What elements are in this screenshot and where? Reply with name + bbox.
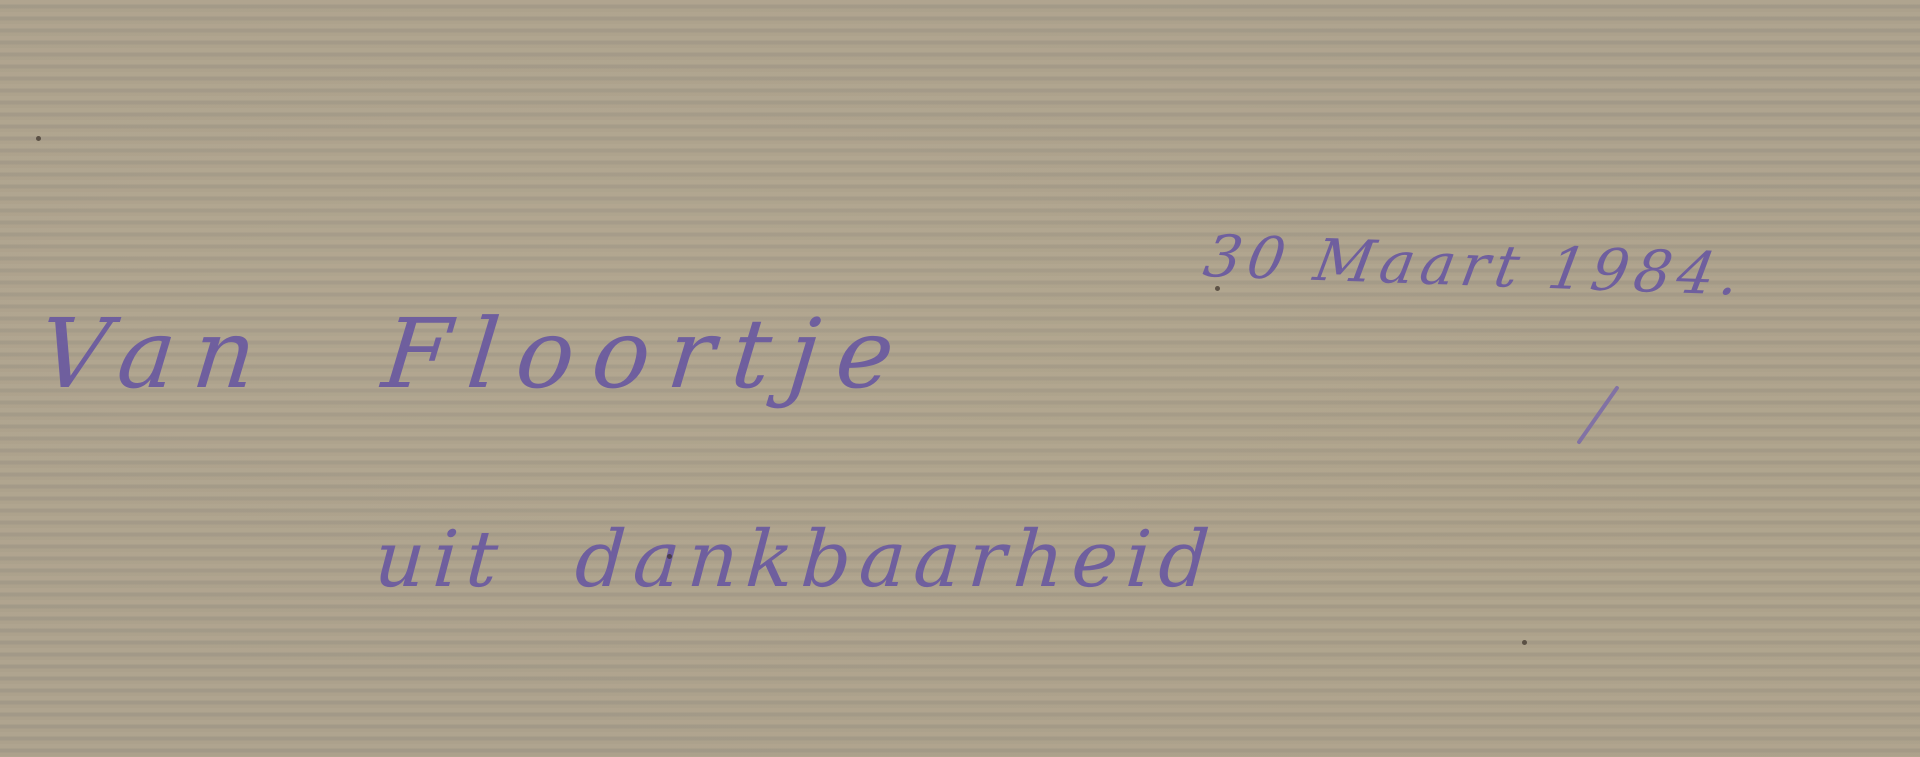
paper-sheet: 30 Maart 1984. VanFloortje uitdankbaarhe… [0,0,1920,757]
handwritten-word-name: Floortje [378,298,918,410]
paper-speck [667,554,672,559]
handwritten-line-from: VanFloortje [34,298,917,410]
ink-stroke-mark [1576,385,1619,445]
paper-speck [1215,286,1220,291]
paper-speck [36,136,41,141]
handwritten-line-gratitude: uitdankbaarheid [372,515,1220,605]
handwritten-word-van: Van [34,298,279,410]
handwritten-date: 30 Maart 1984. [1199,222,1751,308]
handwritten-word-uit: uit [372,515,509,605]
paper-speck [1522,640,1527,645]
handwritten-word-dankbaarheid: dankbaarheid [572,515,1220,605]
